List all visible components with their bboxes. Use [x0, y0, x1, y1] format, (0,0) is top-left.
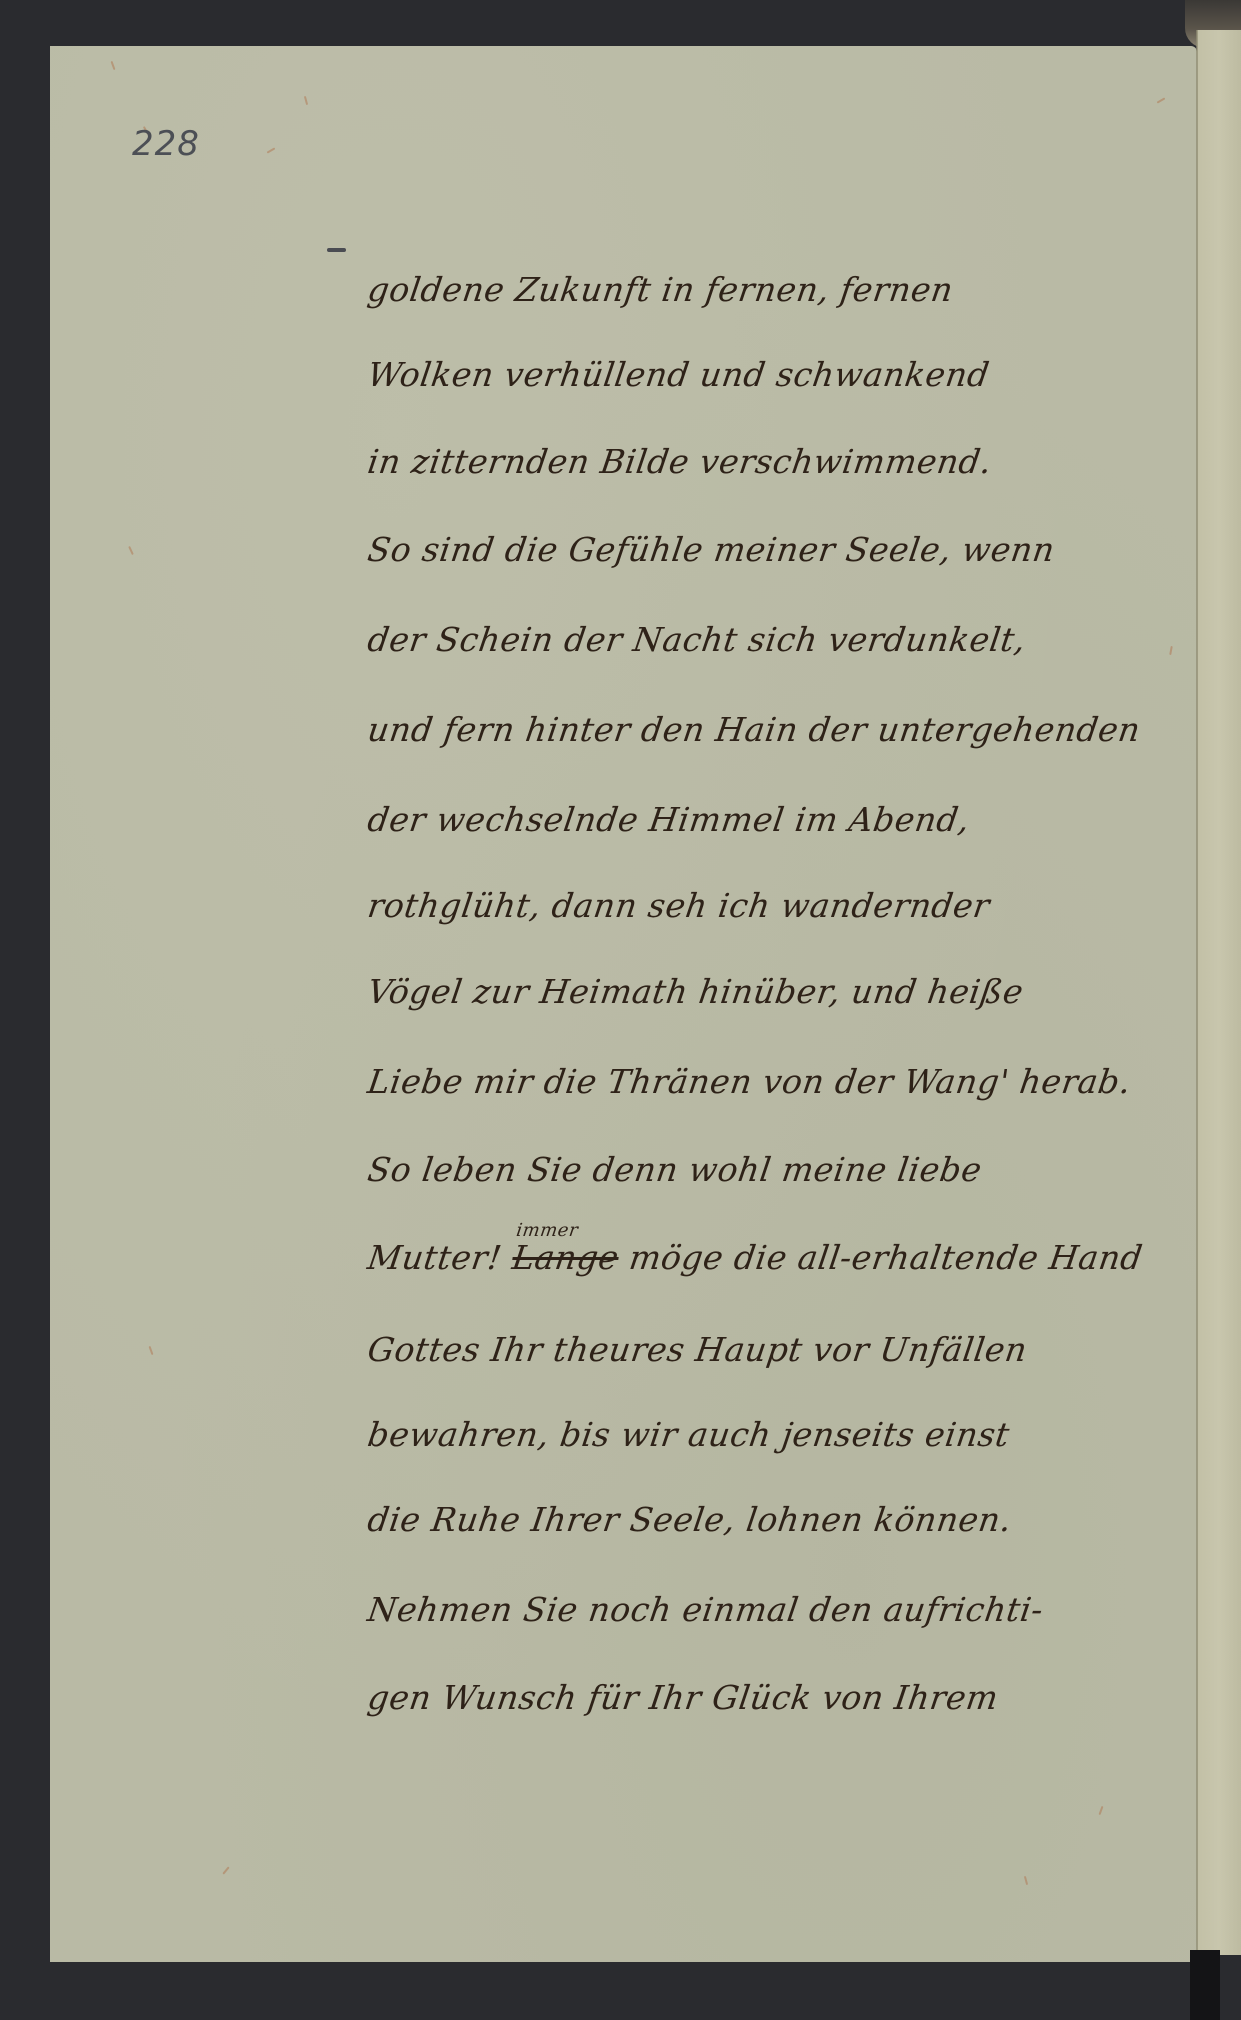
paper-fiber — [304, 96, 308, 105]
text-line: bewahren, bis wir auch jenseits einst — [365, 1415, 1012, 1454]
text-line: die Ruhe Ihrer Seele, lohnen können. — [365, 1500, 1014, 1539]
paper-fiber — [128, 546, 134, 555]
paper-fiber — [1157, 97, 1166, 103]
text-line: der Schein der Nacht sich verdunkelt, — [365, 620, 1028, 659]
struck-word: Lange — [510, 1238, 621, 1277]
page-number: 228 — [132, 124, 200, 164]
correction: immerLange — [510, 1238, 621, 1277]
text-line: goldene Zukunft in fernen, fernen — [365, 270, 955, 309]
paper-fiber — [1169, 646, 1173, 655]
binding-shadow — [1190, 1950, 1220, 2020]
text-line: Gottes Ihr theures Haupt vor Unfällen — [365, 1330, 1029, 1369]
line-segment: möge die all-erhaltende Hand — [616, 1238, 1145, 1277]
margin-dash-mark — [327, 248, 346, 252]
paper-fiber — [222, 1866, 229, 1874]
text-line: und fern hinter den Hain der untergehend… — [365, 710, 1143, 749]
text-line: Nehmen Sie noch einmal den aufrichti- — [365, 1590, 1046, 1629]
text-line: rothglüht, dann seh ich wandernder — [365, 886, 992, 925]
text-line: So sind die Gefühle meiner Seele, wenn — [365, 530, 1057, 569]
text-line: Vögel zur Heimath hinüber, und heiße — [365, 972, 1026, 1011]
text-line: gen Wunsch für Ihr Glück von Ihrem — [365, 1678, 1001, 1717]
text-line: Liebe mir die Thränen von der Wang' hera… — [365, 1062, 1133, 1101]
text-line: So leben Sie denn wohl meine liebe — [365, 1150, 984, 1189]
page-fold-line — [1196, 30, 1198, 1955]
paper-fiber — [111, 61, 116, 70]
paper-fiber — [1099, 1806, 1104, 1815]
text-line: in zitternden Bilde verschwimmend. — [365, 442, 994, 481]
paper-fiber — [1024, 1876, 1028, 1885]
text-line-with-correction: Mutter! immerLange möge die all-erhalten… — [365, 1238, 1145, 1277]
paper-fiber — [149, 1346, 154, 1355]
line-segment: Mutter! — [365, 1238, 515, 1277]
text-line: der wechselnde Himmel im Abend, — [365, 800, 972, 839]
facing-page-edge — [1197, 30, 1241, 1955]
paper-fiber — [267, 147, 276, 153]
text-line: Wolken verhüllend und schwankend — [365, 355, 992, 394]
inserted-word: immer — [515, 1220, 580, 1241]
